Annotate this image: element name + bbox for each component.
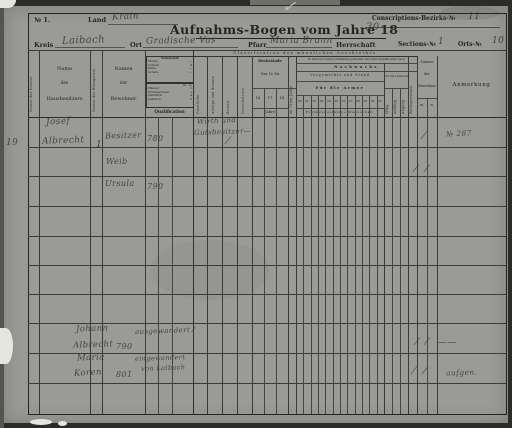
- owner-column-header-2: des: [40, 80, 89, 85]
- ort-label: Ort: [130, 41, 142, 49]
- scan-edge-bottom: [0, 423, 512, 428]
- orts-no-label: Orts-№: [458, 41, 482, 48]
- grid-line: [427, 98, 428, 414]
- grid-line: [384, 63, 385, 414]
- hw-inhabitant-1: Besitzer: [105, 130, 142, 140]
- hw-lower2-tally-a: ⁄: [413, 366, 415, 377]
- category-column-geistliche: Geistliche: [197, 60, 200, 114]
- armee-age-27: 27: [347, 99, 354, 103]
- land-underline: [108, 24, 178, 25]
- grid-line: [28, 206, 506, 207]
- hw-owner-first-name: Josef: [46, 116, 71, 127]
- grid-line: [333, 95, 334, 414]
- owner-column-header-3: Hausbesitzers: [40, 96, 89, 102]
- rueckstaende-title: Rückstände: [252, 59, 288, 63]
- inhabitants-column-header-1: Namen: [103, 66, 144, 72]
- summe-title-3: Bewohner: [417, 84, 437, 88]
- hw-inhabitant-3: Ursula: [105, 179, 135, 188]
- paper-speck-1: [30, 419, 52, 425]
- armee-footer: Ergänzungsfähige Mannschaft: [296, 110, 384, 114]
- hw-tally-bauern: ⁄: [227, 136, 229, 147]
- grid-line: [417, 56, 418, 414]
- summe-col-m: m.: [417, 103, 427, 107]
- anmerkung-column-header: Anmerkung: [437, 82, 506, 88]
- grid-line: [237, 56, 238, 414]
- category-column-gewerbsleute: Gewerbsleute: [242, 60, 245, 114]
- conscription-district-label: Conscriptions-Bezirks-№: [372, 15, 455, 22]
- house-number-column-header: Numer des Hauses: [30, 62, 33, 112]
- hw-lower1-tally-a: ⁄: [416, 337, 418, 348]
- hw-inhabitant-3-year: 790: [147, 182, 163, 191]
- kreis-label: Kreis: [34, 41, 53, 49]
- grid-line: [392, 88, 393, 414]
- summe-title-1: Summe: [417, 60, 437, 64]
- summe-title-2: der: [417, 72, 437, 76]
- livestock-label: Schafe: [148, 71, 158, 74]
- grid-line: [276, 88, 277, 414]
- classification-title: Classification des männlichen Geschlecht…: [193, 51, 417, 55]
- grid-line: [28, 176, 506, 177]
- grid-line: [437, 56, 438, 414]
- form-number-label: № 1.: [34, 16, 50, 24]
- armee-age-21: 21: [303, 99, 310, 103]
- conscription-district-value: 11: [468, 12, 480, 22]
- hw-tally-summe-row3-a: ⁄: [415, 164, 417, 175]
- livestock-subtable: Viehstand: Pferde— Ochsen6 Kühe— Schafe—: [146, 56, 194, 83]
- rueckstaende-sub: Vom 16. bis: [252, 72, 288, 76]
- hw-lower2-year: 801: [116, 370, 132, 379]
- recap-label: weiblich: [148, 98, 161, 101]
- armee-title: Für die Armee: [296, 85, 384, 90]
- grid-line: [252, 108, 288, 109]
- hw-tally-summe-row3-b: ⁄: [426, 164, 428, 175]
- grid-line: [355, 95, 356, 414]
- livestock-row: Schafe—: [147, 71, 193, 74]
- owner-column-header-1: Name: [40, 66, 89, 72]
- paper-speck-2: [58, 421, 67, 426]
- qualification-band-label: Qualification: [146, 109, 193, 114]
- grid-line: [325, 95, 326, 414]
- herrschaft-label: Herrschaft: [336, 41, 375, 49]
- hw-inhabitant-1-year: 780: [147, 134, 163, 143]
- hw-owner-last-name: Albrecht: [42, 135, 85, 146]
- grid-line: [28, 383, 506, 384]
- grid-line: [318, 95, 319, 414]
- hw-lower1-tally-b: ⁄: [426, 337, 428, 348]
- grid-line: [28, 265, 506, 266]
- grid-line: [369, 95, 370, 414]
- armee-age-29: 29: [362, 99, 369, 103]
- kreis-underline: [55, 47, 125, 48]
- hw-remark-row1: № 287: [446, 128, 472, 138]
- grid-line: [28, 236, 506, 237]
- inhabitants-column-header-3: Bewohner: [103, 96, 144, 102]
- summe-col-w: w.: [427, 103, 437, 107]
- land-label: Land: [88, 16, 106, 24]
- grid-line: [28, 117, 506, 118]
- hw-lower1-last-name: Albrecht: [73, 339, 114, 350]
- age-19-column: im 19ten Jahre: [290, 60, 293, 114]
- hw-lower1-dash: ——: [438, 338, 457, 348]
- armee-banner-line1: In ihre bei voriger Aufnahme gestellter …: [296, 57, 417, 61]
- age-col-17: 17: [264, 96, 276, 100]
- armee-age-22: 22: [311, 99, 318, 103]
- grid-line: [222, 56, 223, 414]
- abgang-column: Abgang: [402, 60, 405, 114]
- armee-age-25: 25: [333, 99, 340, 103]
- orts-no-value-handwritten: 10: [492, 36, 504, 46]
- grid-line: [303, 95, 304, 414]
- category-column-bauern: Bauern: [227, 60, 230, 114]
- hw-lower2-qualification-line2: von Laibach: [141, 363, 186, 373]
- hw-inhabitant-2: Weib: [106, 157, 128, 166]
- age-col-16: 16: [252, 96, 264, 100]
- hw-remark-row2: aufgen.: [446, 367, 478, 377]
- pfarr-value-handwritten: Maria Brunn: [270, 36, 333, 46]
- hw-lower1-year: 790: [116, 342, 132, 351]
- grid-line: [207, 56, 208, 414]
- recap-subtable: m.w. Häuser1 Wohnparteien1 männlich4 wei…: [146, 83, 194, 108]
- grid-line: [377, 95, 378, 414]
- landwehr-col-faehig: fähig: [386, 92, 389, 114]
- armee-age-28: 28: [354, 99, 361, 103]
- pfarr-label: Pfarr: [248, 41, 267, 49]
- hw-dwelling-party-number: 1: [96, 140, 102, 150]
- grid-line: [28, 294, 506, 295]
- inhabitants-column-header-2: der: [103, 80, 144, 85]
- armee-age-20: 20: [296, 99, 303, 103]
- recap-row: weiblich2: [147, 98, 193, 101]
- landwehr-col-unfaehig: unfähig: [394, 92, 397, 114]
- armee-age-26: 26: [340, 99, 347, 103]
- livestock-value: —: [189, 71, 192, 74]
- grid-line: [296, 71, 417, 72]
- land-value-handwritten: Krain: [112, 12, 139, 23]
- hw-lower1-first-name: Johann: [76, 323, 109, 334]
- ort-value-handwritten: Gradische Vas: [146, 35, 216, 46]
- pfarr-underline: [266, 47, 332, 48]
- dwelling-party-column-header: Numer der Wohnpartei: [93, 62, 96, 112]
- grid-line: [362, 95, 363, 414]
- armee-age-23: 23: [318, 99, 325, 103]
- grid-line: [400, 88, 401, 414]
- grid-line: [340, 95, 341, 414]
- armee-banner-line2: Nachwuchs: [296, 65, 417, 69]
- armee-age-30: 30: [369, 99, 376, 103]
- kreis-value-handwritten: Laibach: [62, 34, 105, 46]
- grid-line: [347, 95, 348, 414]
- hw-lower2-tally-b: ⁄: [424, 366, 426, 377]
- sections-value-handwritten: 1: [438, 37, 444, 47]
- recap-col-m: m.: [183, 84, 187, 87]
- hw-house-number: 19: [6, 138, 18, 148]
- armee-banner-line3: Vorgemerkte und Stand: [296, 73, 384, 77]
- armee-age-24: 24: [325, 99, 332, 103]
- scanned-census-form: ✓ № 1. Land Krain Conscriptions-Bezirks-…: [0, 0, 512, 428]
- age-col-18: 18: [276, 96, 288, 100]
- grid-line: [296, 81, 384, 82]
- armee-age-31: 31: [376, 99, 383, 103]
- grid-line: [311, 95, 312, 414]
- title-year-handwritten: 30: [366, 22, 380, 33]
- hw-lower2-first-name: Maria: [77, 353, 105, 364]
- sections-label: Sections-№: [398, 41, 436, 48]
- rueckstaende-unit: Jahre: [252, 110, 288, 114]
- weibspersonen-column: Weibspersonen: [410, 60, 413, 114]
- recap-value: 2: [190, 98, 192, 101]
- hw-tally-summe-row1: ⁄: [423, 131, 425, 142]
- category-column-adelige: Adelige und Beamte: [212, 60, 215, 114]
- ort-underline: [143, 47, 238, 48]
- scan-edge-right: [508, 0, 512, 428]
- grid-line: [39, 50, 40, 414]
- grid-line: [264, 88, 265, 414]
- hw-lower2-last-name: Koren: [74, 367, 102, 378]
